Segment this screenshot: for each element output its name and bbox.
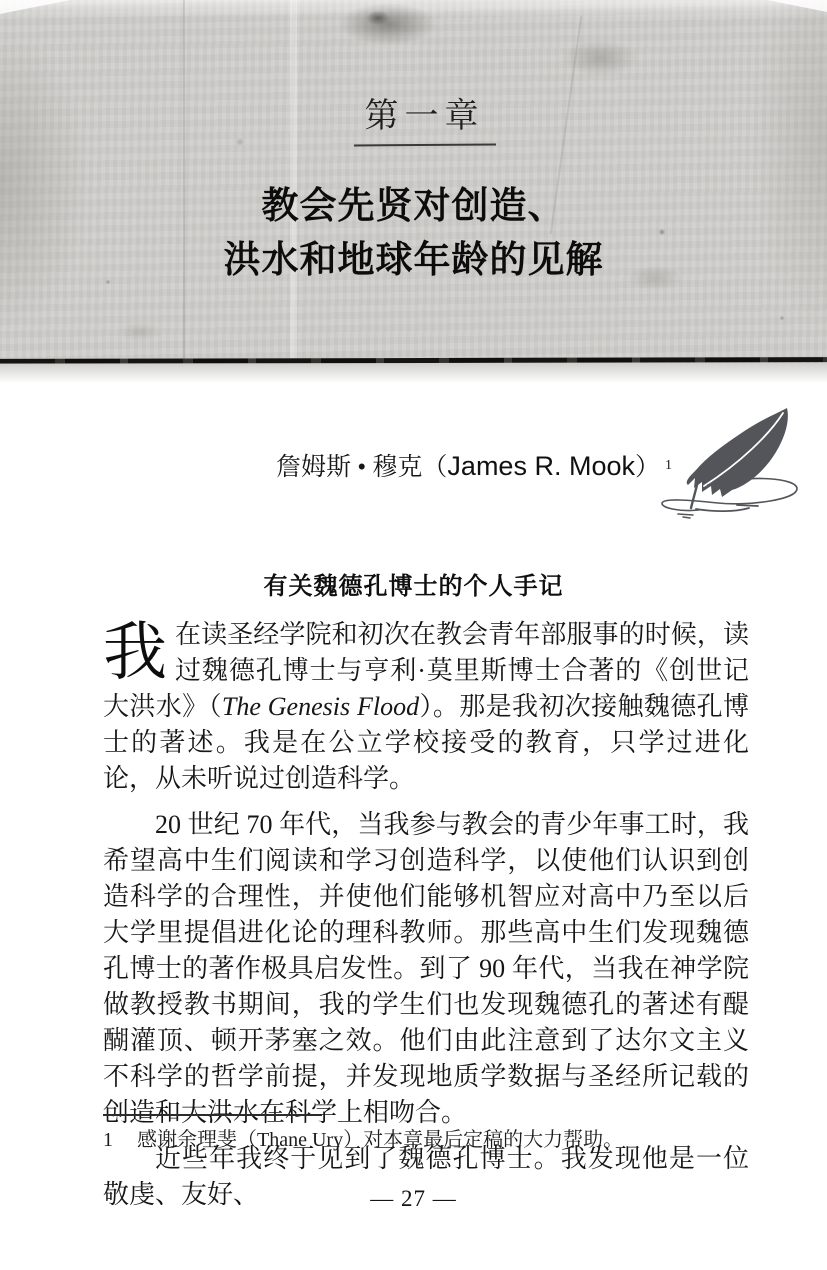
footnote: 1感谢余理斐（Thane Ury）对本章最后定稿的大力帮助。 [103, 1127, 749, 1153]
paragraph-2: 20 世纪 70 年代，当我参与教会的青少年事工时，我希望高中生们阅读和学习创造… [103, 807, 749, 1131]
chapter-underline [353, 144, 495, 147]
author-name-chinese: 詹姆斯 • 穆克（ [276, 454, 447, 481]
paragraph-1: 我在读圣经学院和初次在教会青年部服事的时候，读过魏德孔博士与亨利·莫里斯博士合著… [103, 617, 749, 797]
paper-edge-shadow [0, 363, 827, 383]
footnote-rule [103, 1114, 322, 1116]
footnote-marker: 1 [103, 1127, 137, 1153]
paper-texture-header: 第一章 教会先贤对创造、 洪水和地球年龄的见解 [0, 0, 827, 363]
paper-corner-top-right [767, 0, 827, 12]
chapter-title-line-2: 洪水和地球年龄的见解 [0, 233, 827, 287]
footnote-block: 1感谢余理斐（Thane Ury）对本章最后定稿的大力帮助。 [103, 1114, 749, 1153]
chapter-title: 教会先贤对创造、 洪水和地球年龄的见解 [0, 179, 827, 287]
paper-corner-top-left [0, 0, 70, 14]
byline: 詹姆斯 • 穆克（James R. Mook）1 [0, 447, 672, 483]
chapter-label: 第一章 [11, 88, 827, 137]
book-page: 第一章 教会先贤对创造、 洪水和地球年龄的见解 詹姆斯 • 穆克（James R… [0, 0, 827, 1270]
dropcap: 我 [103, 621, 167, 685]
footnote-text: 感谢余理斐（Thane Ury）对本章最后定稿的大力帮助。 [137, 1129, 623, 1151]
chapter-label-block: 第一章 [11, 88, 827, 146]
chapter-title-line-1: 教会先贤对创造、 [0, 179, 827, 233]
page-number: — 27 — [0, 1186, 827, 1212]
section-heading: 有关魏德孔博士的个人手记 [0, 566, 827, 601]
quill-pen-icon [620, 390, 827, 540]
author-name-latin: James R. Mook [447, 451, 635, 481]
book-title-latin: The Genesis Flood [222, 692, 419, 721]
